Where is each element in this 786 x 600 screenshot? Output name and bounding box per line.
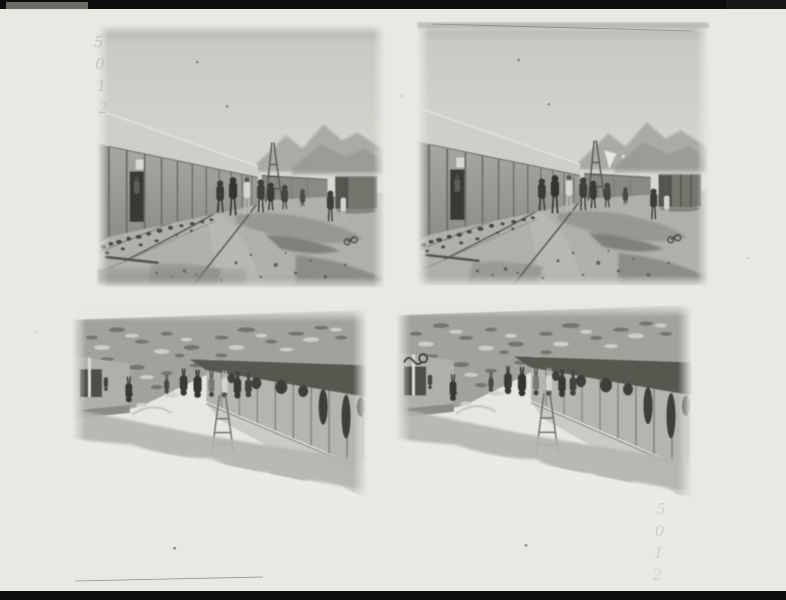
dust-speck <box>401 95 403 97</box>
dust-speck <box>35 331 37 333</box>
photo-bottom-right <box>396 303 692 575</box>
scratch-line-bottom <box>75 577 263 581</box>
photo-top-right <box>417 22 709 285</box>
film-edge-bottom <box>0 591 786 600</box>
film-edge-gray-patch <box>6 2 88 9</box>
film-edge-dark-segment <box>726 0 786 9</box>
photo-bottom-left <box>72 308 367 570</box>
dust-speck <box>747 257 749 259</box>
photo-top-left <box>97 24 385 287</box>
plate-number-marking-bottom-right: 5012 <box>648 500 671 589</box>
plate-scan: 5012 5012 <box>0 0 786 600</box>
dust-speck <box>525 544 527 546</box>
dust-speck <box>173 547 175 549</box>
film-edge-top <box>0 0 786 9</box>
